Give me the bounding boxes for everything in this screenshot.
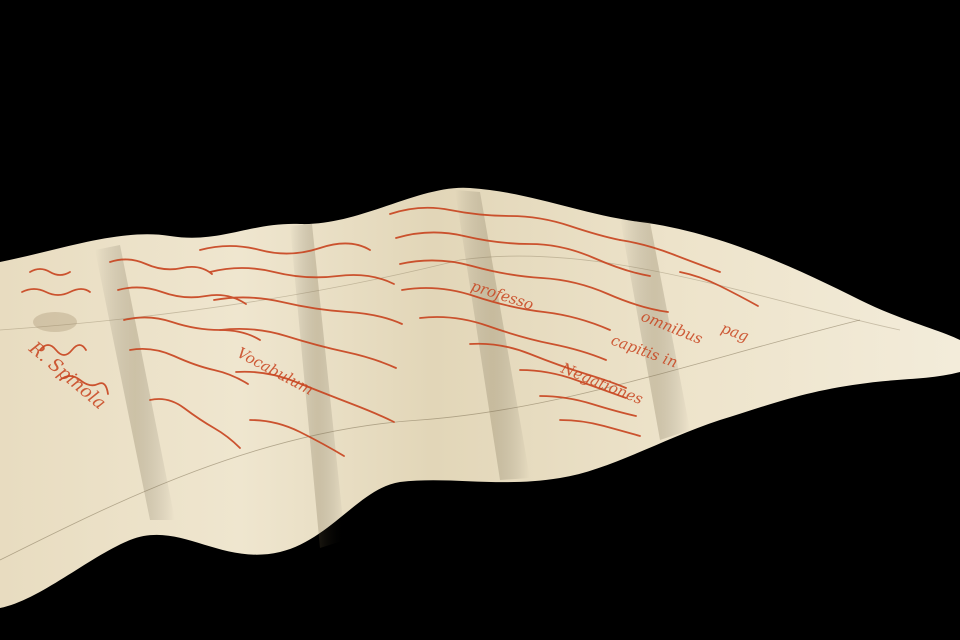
scroll-illustration: Negationes capitis in omnibus Vocabulum … [0, 0, 960, 640]
photo-scene: Negationes capitis in omnibus Vocabulum … [0, 0, 960, 640]
